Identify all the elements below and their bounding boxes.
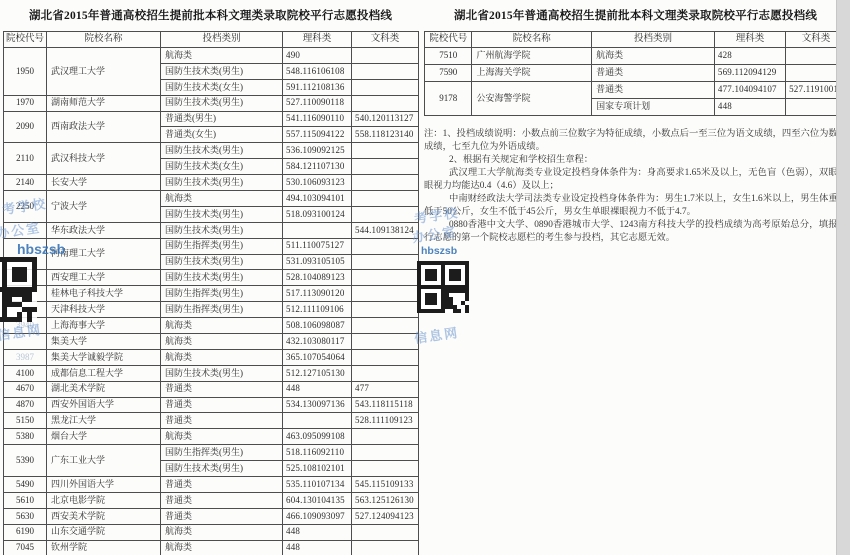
cell-college-code [4,334,47,350]
table-row: 90西安理工大学国防生技术类(男生)528.104089123 [4,270,419,286]
table-row: 9178公安海警学院普通类477.104094107527.119100117 [425,82,847,99]
cell-college-code: 5630 [4,508,47,524]
cell-college-name: 四川外国语大学 [47,477,161,493]
table-row: 华东政法大学国防生技术类(男生)544.109138124 [4,222,419,238]
note-line: 注：1、投档成绩说明：小数点前三位数字为特征成绩，小数点后一至三位为语文成绩，四… [424,128,847,154]
cell-science-score: 511.110075127 [283,238,352,254]
cell-arts-score [352,63,419,79]
table-row: 3940上海海事大学航海类508.106098087 [4,318,419,334]
cell-arts-score [352,429,419,445]
table-row: 4670湖北美术学院普通类448477 [4,381,419,397]
table-row: 5380烟台大学航海类463.095099108 [4,429,419,445]
cell-arts-score: 563.125126130 [352,492,419,508]
cell-college-code: 2250 [4,191,47,223]
cell-arts-score: 544.109138124 [352,222,419,238]
cell-category: 国家专项计划 [592,99,715,116]
cell-college-name: 宁波大学 [47,191,161,223]
cell-category: 普通类 [161,508,283,524]
cell-college-name: 黑龙江大学 [47,413,161,429]
cell-college-code: 5610 [4,492,47,508]
cell-arts-score [352,461,419,477]
cell-science-score: 466.109093097 [283,508,352,524]
left-admission-table: 院校代号院校名称投档类别理科类文科类1950武汉理工大学航海类490国防生技术类… [3,31,419,555]
cell-college-code: 5390 [4,445,47,477]
right-admission-table: 院校代号院校名称投档类别理科类文科类7510广州航海学院航海类4287590上海… [424,31,847,116]
cell-arts-score [352,318,419,334]
cell-category: 普通类 [161,397,283,413]
cell-college-code: 90 [4,286,47,302]
cell-college-name: 华东政法大学 [47,222,161,238]
header-row: 院校代号院校名称投档类别理科类文科类 [4,32,419,48]
cell-science-score: 536.109092125 [283,143,352,159]
cell-college-code: 90 [4,270,47,286]
cell-category: 普通类 [592,65,715,82]
cell-college-code: 5490 [4,477,47,493]
cell-college-name: 广州航海学院 [472,48,592,65]
cell-college-code: 6190 [4,524,47,540]
cell-science-score: 490 [283,48,352,64]
cell-category: 航海类 [161,524,283,540]
cell-college-code [4,222,47,238]
cell-arts-score [352,365,419,381]
table-row: 4100成都信息工程大学国防生技术类(男生)512.127105130 [4,365,419,381]
cell-college-name: 钦州学院 [47,540,161,555]
cell-college-code: 4670 [4,381,47,397]
cell-science-score: 531.093105105 [283,254,352,270]
cell-arts-score [352,302,419,318]
cell-category: 国防生技术类(男生) [161,254,283,270]
col-header: 文科类 [352,32,419,48]
cell-arts-score [352,270,419,286]
cell-science-score: 508.106098087 [283,318,352,334]
cell-science-score: 448 [283,381,352,397]
note-line: 武汉理工大学航海类专业设定投档身体条件为：身高要求1.65米及以上，无色盲（色弱… [424,167,847,193]
col-header: 投档类别 [592,32,715,48]
cell-category: 国防生技术类(男生) [161,63,283,79]
cell-college-code: 4100 [4,365,47,381]
table-row: 5630西安美术学院普通类466.109093097527.124094123 [4,508,419,524]
cell-arts-score [352,349,419,365]
table-row: 7590上海海关学院普通类569.112094129 [425,65,847,82]
cell-college-name: 广东工业大学 [47,445,161,477]
cell-category: 国防生技术类(男生) [161,206,283,222]
col-header: 院校代号 [4,32,47,48]
cell-science-score: 584.121107130 [283,159,352,175]
table-row: 2110武汉科技大学国防生技术类(男生)536.109092125 [4,143,419,159]
cell-science-score: 530.106093123 [283,175,352,191]
cell-science-score: 527.110090118 [283,95,352,111]
qr-code-watermark [417,261,469,313]
left-table-title: 湖北省2015年普通高校招生提前批本科文理类录取院校平行志愿投档线 [3,0,418,24]
table-row: 2250宁波大学航海类494.103094101 [4,191,419,207]
cell-science-score: 494.103094101 [283,191,352,207]
cell-science-score: 557.115094122 [283,127,352,143]
cell-category: 国防生指挥类(男生) [161,445,283,461]
cell-science-score: 463.095099108 [283,429,352,445]
cell-science-score [283,413,352,429]
cell-arts-score [352,286,419,302]
cell-college-code: 4870 [4,397,47,413]
table-row: 5610北京电影学院普通类604.130104135563.125126130 [4,492,419,508]
cell-college-code: 2090 [4,111,47,143]
cell-college-code: 7510 [425,48,472,65]
cell-college-name: 山东交通学院 [47,524,161,540]
cell-arts-score [352,79,419,95]
cell-college-code: 5150 [4,413,47,429]
table-row: 1950武汉理工大学航海类490 [4,48,419,64]
cell-science-score: 518.116092110 [283,445,352,461]
cell-category: 国防生指挥类(男生) [161,286,283,302]
cell-category: 航海类 [161,429,283,445]
cell-category: 国防生技术类(男生) [161,175,283,191]
cell-science-score: 517.113090120 [283,286,352,302]
cell-arts-score [352,191,419,207]
cell-college-code: 2110 [4,143,47,175]
col-header: 投档类别 [161,32,283,48]
cell-arts-score [352,206,419,222]
cell-college-name: 西安理工大学 [47,270,161,286]
cell-category: 航海类 [161,334,283,350]
cell-science-score: 448 [714,99,785,116]
cell-college-name: 湖北美术学院 [47,381,161,397]
table-row: 90桂林电子科技大学国防生指挥类(男生)517.113090120 [4,286,419,302]
cell-college-name: 西南政法大学 [47,111,161,143]
cell-college-code: 9178 [425,82,472,116]
cell-category: 国防生指挥类(男生) [161,302,283,318]
right-table-title: 湖北省2015年普通高校招生提前批本科文理类录取院校平行志愿投档线 [424,0,847,24]
cell-college-name: 成都信息工程大学 [47,365,161,381]
cell-college-name: 天津科技大学 [47,302,161,318]
table-row: 集美大学航海类432.103080117 [4,334,419,350]
cell-category: 国防生技术类(男生) [161,95,283,111]
cell-science-score: 541.116090110 [283,111,352,127]
cell-science-score: 569.112094129 [714,65,785,82]
cell-category: 国防生指挥类(男生) [161,238,283,254]
cell-arts-score: 545.115109133 [352,477,419,493]
cell-arts-score [352,254,419,270]
cell-category: 普通类 [161,381,283,397]
cell-science-score: 365.107054064 [283,349,352,365]
cell-science-score: 548.116106108 [283,63,352,79]
cell-category: 国防生技术类(女生) [161,79,283,95]
cell-category: 航海类 [161,48,283,64]
cell-arts-score [352,175,419,191]
cell-arts-score [352,540,419,555]
cell-category: 国防生技术类(男生) [161,365,283,381]
table-row: 4870西安外国语大学普通类534.130097136543.118115118 [4,397,419,413]
cell-category: 国防生技术类(男生) [161,461,283,477]
col-header: 理科类 [283,32,352,48]
cell-college-name: 上海海关学院 [472,65,592,82]
note-line: 中南财经政法大学司法类专业设定投档身体条件为：男生1.7米以上，女生1.6米以上… [424,193,847,219]
cell-college-name: 湖南师范大学 [47,95,161,111]
cell-science-score: 448 [283,524,352,540]
cell-arts-score [352,95,419,111]
cell-category: 航海类 [161,191,283,207]
cell-category: 普通类(男生) [161,111,283,127]
table-row: 6190山东交通学院航海类448 [4,524,419,540]
cell-category: 普通类 [161,492,283,508]
cell-arts-score [352,334,419,350]
cell-science-score: 525.108102101 [283,461,352,477]
table-row: 5390广东工业大学国防生指挥类(男生)518.116092110 [4,445,419,461]
cell-arts-score [352,48,419,64]
cell-category: 普通类 [161,477,283,493]
cell-category: 国防生技术类(男生) [161,270,283,286]
cell-category: 普通类 [161,413,283,429]
notes-block: 注：1、投档成绩说明：小数点前三位数字为特征成绩，小数点后一至三位为语文成绩，四… [424,128,847,245]
cell-college-name: 北京电影学院 [47,492,161,508]
cell-science-score: 534.130097136 [283,397,352,413]
cell-science-score: 535.110107134 [283,477,352,493]
cell-category: 普通类(女生) [161,127,283,143]
cell-arts-score [352,524,419,540]
table-row: 5490四川外国语大学普通类535.110107134545.115109133 [4,477,419,493]
cell-category: 普通类 [592,82,715,99]
table-row: 1970湖南师范大学国防生技术类(男生)527.110090118 [4,95,419,111]
cell-science-score: 512.111109106 [283,302,352,318]
cell-science-score: 604.130104135 [283,492,352,508]
cell-college-code: 1970 [4,95,47,111]
cell-category: 航海类 [161,318,283,334]
cell-arts-score [352,445,419,461]
cell-college-code: 7590 [425,65,472,82]
cell-college-code: 5380 [4,429,47,445]
cell-science-score: 591.112108136 [283,79,352,95]
table-row: 2140长安大学国防生技术类(男生)530.106093123 [4,175,419,191]
cell-science-score: 512.127105130 [283,365,352,381]
scan-page-edge [836,0,850,555]
cell-college-name: 上海海事大学 [47,318,161,334]
cell-science-score: 528.104089123 [283,270,352,286]
table-row: 3987集美大学诚毅学院航海类365.107054064 [4,349,419,365]
cell-arts-score: 477 [352,381,419,397]
note-line: 2、根据有关规定和学校招生章程： [424,154,847,167]
cell-category: 国防生技术类(男生) [161,143,283,159]
cell-college-name: 西安外国语大学 [47,397,161,413]
cell-college-name: 西安美术学院 [47,508,161,524]
cell-category: 航海类 [592,48,715,65]
cell-college-name: 河南理工大学 [47,238,161,270]
cell-college-name: 公安海警学院 [472,82,592,116]
cell-arts-score: 528.111109123 [352,413,419,429]
cell-arts-score [352,238,419,254]
cell-category: 航海类 [161,349,283,365]
cell-college-code: 1950 [4,48,47,96]
cell-college-code: 2140 [4,175,47,191]
col-header: 院校名称 [47,32,161,48]
cell-science-score: 428 [714,48,785,65]
cell-category: 国防生技术类(男生) [161,222,283,238]
cell-science-score: 448 [283,540,352,555]
watermark-brand-text: hbszsb [421,245,457,257]
cell-arts-score [352,143,419,159]
cell-college-name: 武汉科技大学 [47,143,161,175]
right-page: 湖北省2015年普通高校招生提前批本科文理类录取院校平行志愿投档线 院校代号院校… [424,0,847,245]
cell-arts-score: 543.118115118 [352,397,419,413]
cell-category: 国防生技术类(女生) [161,159,283,175]
left-page: 湖北省2015年普通高校招生提前批本科文理类录取院校平行志愿投档线 院校代号院校… [3,0,418,555]
col-header: 院校代号 [425,32,472,48]
header-row: 院校代号院校名称投档类别理科类文科类 [425,32,847,48]
cell-college-code [4,238,47,270]
cell-science-score: 518.093100124 [283,206,352,222]
cell-college-code: 7045 [4,540,47,555]
cell-college-name: 集美大学诚毅学院 [47,349,161,365]
table-row: 50天津科技大学国防生指挥类(男生)512.111109106 [4,302,419,318]
cell-arts-score: 540.120113127 [352,111,419,127]
table-row: 河南理工大学国防生指挥类(男生)511.110075127 [4,238,419,254]
table-row: 2090西南政法大学普通类(男生)541.116090110540.120113… [4,111,419,127]
cell-college-name: 武汉理工大学 [47,48,161,96]
table-row: 7045钦州学院航海类448 [4,540,419,555]
cell-science-score: 477.104094107 [714,82,785,99]
watermark-site-text: 信息网 [413,322,460,347]
cell-science-score: 432.103080117 [283,334,352,350]
cell-arts-score: 558.118123140 [352,127,419,143]
table-row: 7510广州航海学院航海类428 [425,48,847,65]
cell-arts-score: 527.124094123 [352,508,419,524]
cell-college-code: 3940 [4,318,47,334]
cell-college-name: 集美大学 [47,334,161,350]
cell-college-code: 3987 [4,349,47,365]
cell-college-code: 50 [4,302,47,318]
note-line: 0880香港中文大学、0890香港城市大学、1243南方科技大学的投档成绩为高考… [424,219,847,245]
cell-science-score [283,222,352,238]
cell-college-name: 长安大学 [47,175,161,191]
cell-college-name: 烟台大学 [47,429,161,445]
table-row: 5150黑龙江大学普通类528.111109123 [4,413,419,429]
col-header: 院校名称 [472,32,592,48]
col-header: 理科类 [714,32,785,48]
cell-arts-score [352,159,419,175]
cell-category: 航海类 [161,540,283,555]
cell-college-name: 桂林电子科技大学 [47,286,161,302]
